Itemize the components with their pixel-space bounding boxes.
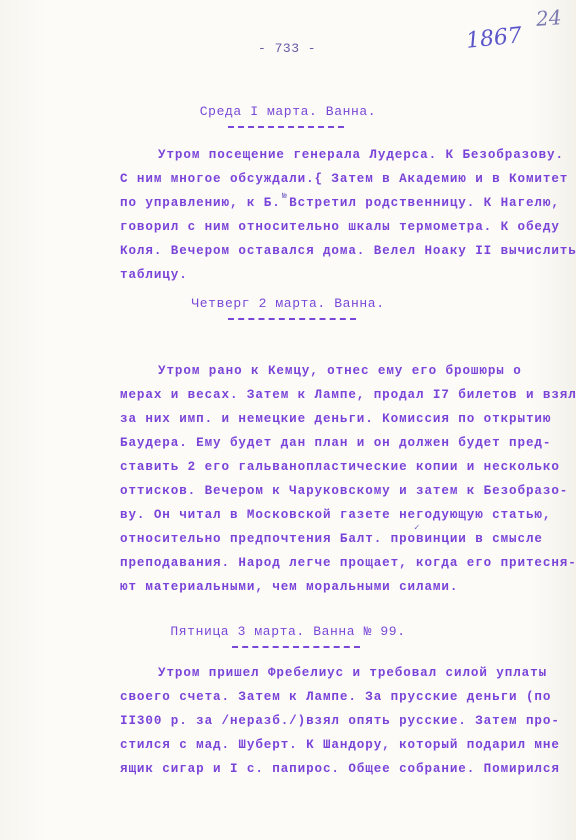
text-line: говорил с ним относительно шкалы термоме…: [120, 220, 560, 234]
no-mark-annotation: №: [282, 192, 287, 201]
text-line: ставить 2 его гальванопластические копии…: [120, 460, 560, 474]
text-line: II300 р. за /неразб./)взял опять русские…: [120, 714, 560, 728]
text-line: стился с мад. Шуберт. К Шандору, который…: [120, 738, 560, 752]
text-line: С ним многое обсуждали.{ Затем в Академи…: [120, 172, 568, 186]
text-line: ву. Он читал в Московской газете негодую…: [120, 508, 551, 522]
heading-underline: [228, 126, 344, 128]
text-line: оттисков. Вечером к Чаруковскому и затем…: [120, 484, 568, 498]
page-number: - 733 -: [258, 41, 316, 56]
text-line: относительно предпочтения Балт. провинци…: [120, 532, 543, 546]
heading-underline: [228, 318, 356, 320]
text-line: Коля. Вечером оставался дома. Велел Ноак…: [120, 244, 576, 258]
text-line: таблицу.: [120, 268, 188, 282]
text-line: ящик сигар и I с. папирос. Общее собрани…: [120, 762, 560, 776]
entry-heading-friday: Пятница 3 марта. Ванна № 99.: [0, 624, 576, 639]
text-line: мерах и весах. Затем к Лампе, продал I7 …: [120, 388, 576, 402]
text-line: своего счета. Затем к Лампе. За прусские…: [120, 690, 551, 704]
handwritten-year: 1867: [465, 23, 523, 54]
text-line: преподавания. Народ легче прощает, когда…: [120, 556, 576, 570]
heading-underline: [232, 646, 360, 648]
text-line: Утром рано к Кемцу, отнес ему его брошюр…: [158, 364, 522, 378]
document-page: - 733 - 1867 24 Среда I марта. Ванна. Ут…: [0, 0, 576, 840]
entry-heading-wednesday: Среда I марта. Ванна.: [0, 104, 576, 119]
text-line: Утром посещение генерала Лудерса. К Безо…: [158, 148, 564, 162]
text-line: ют материальными, чем моральными силами.: [120, 580, 458, 594]
text-line: за них имп. и немецкие деньги. Комиссия …: [120, 412, 551, 426]
text-line: Баудера. Ему будет дан план и он должен …: [120, 436, 551, 450]
text-line: по управлению, к Б. Встретил родственниц…: [120, 196, 560, 210]
text-line: Утром пришел Фребелиус и требовал силой …: [158, 666, 547, 680]
entry-heading-thursday: Четверг 2 марта. Ванна.: [0, 296, 576, 311]
handwritten-sheet-number: 24: [535, 5, 562, 31]
